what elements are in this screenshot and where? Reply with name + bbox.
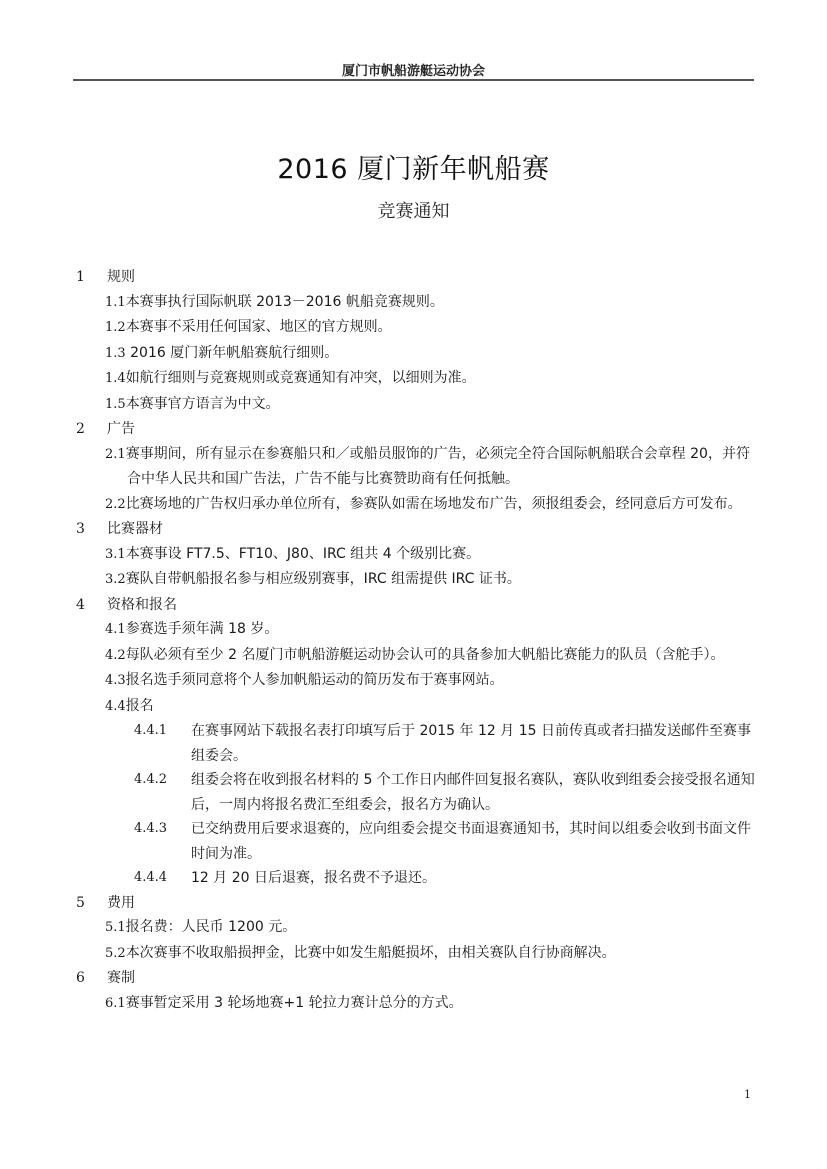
sub-clause: 4.4.1在赛事网站下载报名表打印填写后于 2015 年 12 月 15 日前传…	[73, 719, 758, 768]
clause: 1.1本赛事执行国际帆联 2013－2016 帆船竞赛规则。	[73, 290, 758, 316]
clause: 3.2赛队自带帆船报名参与相应级别赛事，IRC 组需提供 IRC 证书。	[73, 567, 758, 593]
clause-number: 2.2	[105, 497, 126, 512]
section-heading: 1 规则	[73, 265, 758, 290]
section-number: 3	[73, 517, 107, 542]
clause: 4.4报名	[73, 694, 758, 720]
sub-clause: 4.4.3已交纳费用后要求退赛的，应向组委会提交书面退赛通知书，其时间以组委会收…	[73, 817, 758, 866]
clause: 3.1本赛事设 FT7.5、FT10、J80、IRC 组共 4 个级别比赛。	[73, 542, 758, 568]
page-header-organization: 厦门市帆船游艇运动协会	[73, 60, 754, 79]
clause: 1.5本赛事官方语言为中文。	[73, 392, 758, 418]
section-heading: 2 广告	[73, 417, 758, 442]
sub-clause-number: 4.4.4	[134, 866, 191, 891]
sub-clause: 4.4.412 月 20 日后退赛，报名费不予退还。	[73, 866, 758, 891]
section-number: 6	[73, 966, 107, 991]
clause-text: 参赛选手须年满 18 岁。	[126, 621, 279, 637]
section-title: 广告	[107, 417, 135, 442]
clause-number: 1.4	[105, 371, 126, 386]
clause-number: 1.5	[105, 397, 126, 412]
section-title: 规则	[107, 265, 135, 290]
sub-clause-text: 已交纳费用后要求退赛的，应向组委会提交书面退赛通知书，其时间以组委会收到书面文件…	[191, 817, 758, 866]
clause-number: 3.1	[105, 547, 126, 562]
clause-number: 3.2	[105, 572, 126, 587]
section-title: 资格和报名	[107, 593, 177, 618]
clause: 6.1赛事暂定采用 3 轮场地赛+1 轮拉力赛计总分的方式。	[73, 991, 758, 1017]
clause: 2.2比赛场地的广告权归承办单位所有，参赛队如需在场地发布广告，须报组委会，经同…	[73, 492, 758, 518]
clause: 1.4如航行细则与竞赛规则或竞赛通知有冲突，以细则为准。	[73, 366, 758, 392]
clause-text: 如航行细则与竞赛规则或竞赛通知有冲突，以细则为准。	[126, 370, 476, 386]
section-title: 比赛器材	[107, 517, 163, 542]
clause-number: 1.2	[105, 320, 126, 335]
clause-text: 赛队自带帆船报名参与相应级别赛事，IRC 组需提供 IRC 证书。	[126, 571, 521, 587]
section-heading: 4 资格和报名	[73, 593, 758, 618]
clause-number: 4.3	[105, 673, 126, 688]
clause-text: 本赛事官方语言为中文。	[126, 396, 280, 412]
clause-number: 6.1	[105, 996, 126, 1011]
clause-number: 4.4	[105, 699, 126, 714]
sub-clause-text: 在赛事网站下载报名表打印填写后于 2015 年 12 月 15 日前传真或者扫描…	[191, 719, 758, 768]
clause: 1.3 2016 厦门新年帆船赛航行细则。	[73, 341, 758, 367]
clause: 4.2每队必须有至少 2 名厦门市帆船游艇运动协会认可的具备参加大帆船比赛能力的…	[73, 643, 758, 669]
clause: 4.3报名选手须同意将个人参加帆船运动的简历发布于赛事网站。	[73, 668, 758, 694]
clause-number: 1.3	[105, 346, 126, 361]
document-title: 2016 厦门新年帆船赛	[0, 147, 827, 186]
page-number: 1	[744, 1088, 751, 1101]
sub-clause-number: 4.4.2	[134, 768, 191, 817]
clause: 4.1参赛选手须年满 18 岁。	[73, 617, 758, 643]
clause-number: 5.2	[105, 946, 126, 961]
clause: 5.1报名费：人民币 1200 元。	[73, 915, 758, 941]
section-number: 2	[73, 417, 107, 442]
document-subtitle: 竞赛通知	[0, 197, 827, 223]
sub-clause-number: 4.4.3	[134, 817, 191, 866]
clause-number: 4.2	[105, 648, 126, 663]
section-number: 1	[73, 265, 107, 290]
clause-text: 每队必须有至少 2 名厦门市帆船游艇运动协会认可的具备参加大帆船比赛能力的队员（…	[126, 647, 725, 663]
clause-text: 本赛事设 FT7.5、FT10、J80、IRC 组共 4 个级别比赛。	[126, 546, 480, 562]
section-heading: 5 费用	[73, 891, 758, 916]
clause-text: 比赛场地的广告权归承办单位所有，参赛队如需在场地发布广告，须报组委会，经同意后方…	[126, 496, 742, 512]
clause-number: 1.1	[105, 295, 126, 310]
section-number: 5	[73, 891, 107, 916]
section-heading: 3 比赛器材	[73, 517, 758, 542]
clause: 5.2本次赛事不收取船损押金，比赛中如发生船艇损坏，由相关赛队自行协商解决。	[73, 941, 758, 967]
document-body: 1 规则 1.1本赛事执行国际帆联 2013－2016 帆船竞赛规则。 1.2本…	[73, 265, 758, 1016]
clause: 2.1赛事期间，所有显示在参赛船只和／或船员服饰的广告，必须完全符合国际帆船联合…	[73, 442, 758, 492]
sub-clause-text: 12 月 20 日后退赛，报名费不予退还。	[191, 866, 758, 891]
clause-number: 5.1	[105, 920, 126, 935]
clause-text: 2016 厦门新年帆船赛航行细则。	[130, 345, 338, 361]
clause-number: 4.1	[105, 622, 126, 637]
clause-text: 报名费：人民币 1200 元。	[126, 919, 297, 935]
section-number: 4	[73, 593, 107, 618]
sub-clause-text: 组委会将在收到报名材料的 5 个工作日内邮件回复报名赛队，赛队收到组委会接受报名…	[191, 768, 758, 817]
section-title: 费用	[107, 891, 135, 916]
clause-text: 报名	[126, 698, 154, 714]
clause-text: 本赛事执行国际帆联 2013－2016 帆船竞赛规则。	[126, 294, 444, 310]
clause-text: 赛事暂定采用 3 轮场地赛+1 轮拉力赛计总分的方式。	[126, 995, 463, 1011]
clause-text: 赛事期间，所有显示在参赛船只和／或船员服饰的广告，必须完全符合国际帆船联合会章程…	[126, 446, 750, 488]
clause-text: 报名选手须同意将个人参加帆船运动的简历发布于赛事网站。	[126, 672, 504, 688]
clause-text: 本赛事不采用任何国家、地区的官方规则。	[126, 319, 392, 335]
section-heading: 6 赛制	[73, 966, 758, 991]
clause-number: 2.1	[105, 447, 126, 462]
sub-clause-number: 4.4.1	[134, 719, 191, 768]
header-divider	[73, 79, 754, 81]
clause-text: 本次赛事不收取船损押金，比赛中如发生船艇损坏，由相关赛队自行协商解决。	[126, 945, 616, 961]
section-title: 赛制	[107, 966, 135, 991]
clause: 1.2本赛事不采用任何国家、地区的官方规则。	[73, 315, 758, 341]
sub-clause: 4.4.2组委会将在收到报名材料的 5 个工作日内邮件回复报名赛队，赛队收到组委…	[73, 768, 758, 817]
